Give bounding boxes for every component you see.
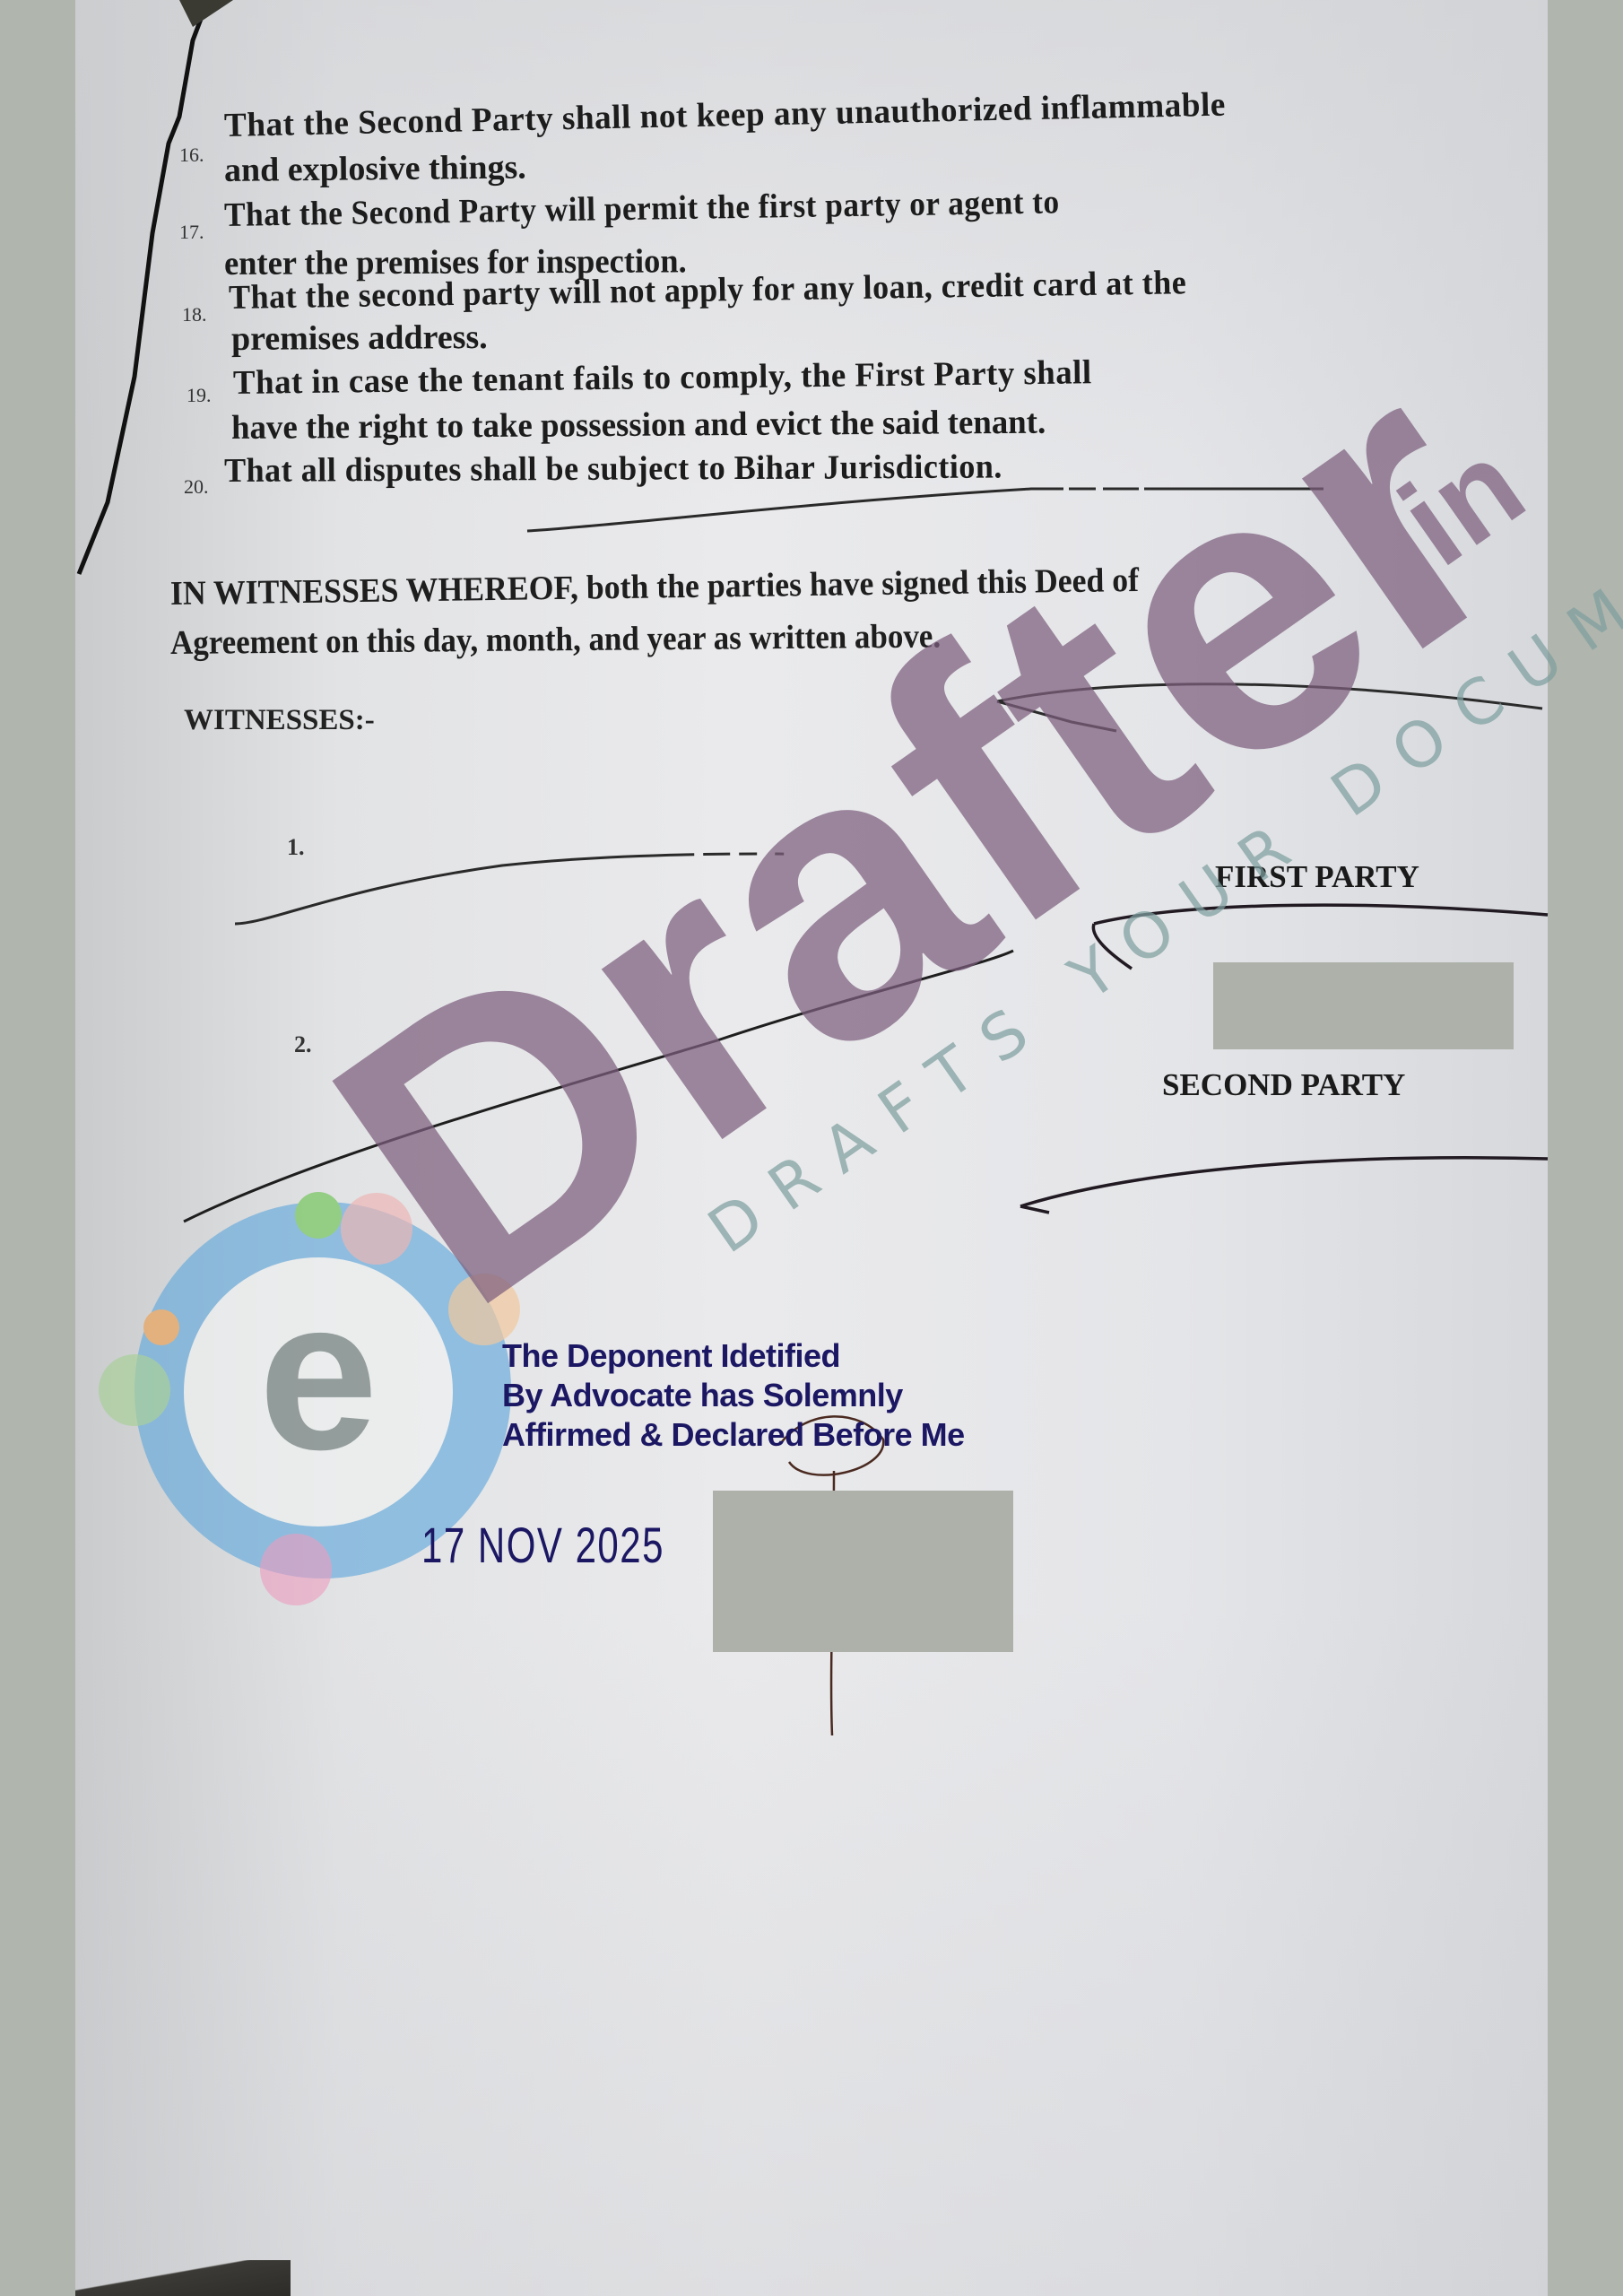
notary-stamp: The Deponent Idetified By Advocate has S… [502,1336,965,1455]
stamp-line-1: The Deponent Idetified [502,1336,965,1376]
clause-text: That all disputes shall be subject to Bi… [224,447,1002,491]
clause-number: 16. [179,143,204,167]
clause-number: 17. [179,221,204,244]
second-party-label: SECOND PARTY [1162,1067,1405,1103]
clause-text-cont: have the right to take possession and ev… [231,403,1046,448]
stamp-date: 17 NOV 2025 [421,1516,664,1574]
page-edge-shadow [75,2260,291,2296]
stamp-line-2: By Advocate has Solemnly [502,1376,965,1415]
witnesses-label: WITNESSES:- [184,704,375,737]
redacted-notary-seal [713,1491,1013,1652]
redacted-first-party-name [1213,962,1514,1049]
clause-number: 20. [184,475,209,499]
stamp-line-3: Affirmed & Declared Before Me [502,1415,965,1455]
clause-text-cont: premises address. [231,317,488,359]
clause-number: 18. [182,303,207,326]
clause-text-cont: and explosive things. [224,147,526,190]
testimonium-line-2: Agreement on this day, month, and year a… [170,617,941,663]
clause-number: 19. [187,384,212,407]
witness-1-number: 1. [287,834,305,861]
first-party-label: FIRST PARTY [1215,859,1419,895]
witness-2-number: 2. [294,1031,312,1058]
